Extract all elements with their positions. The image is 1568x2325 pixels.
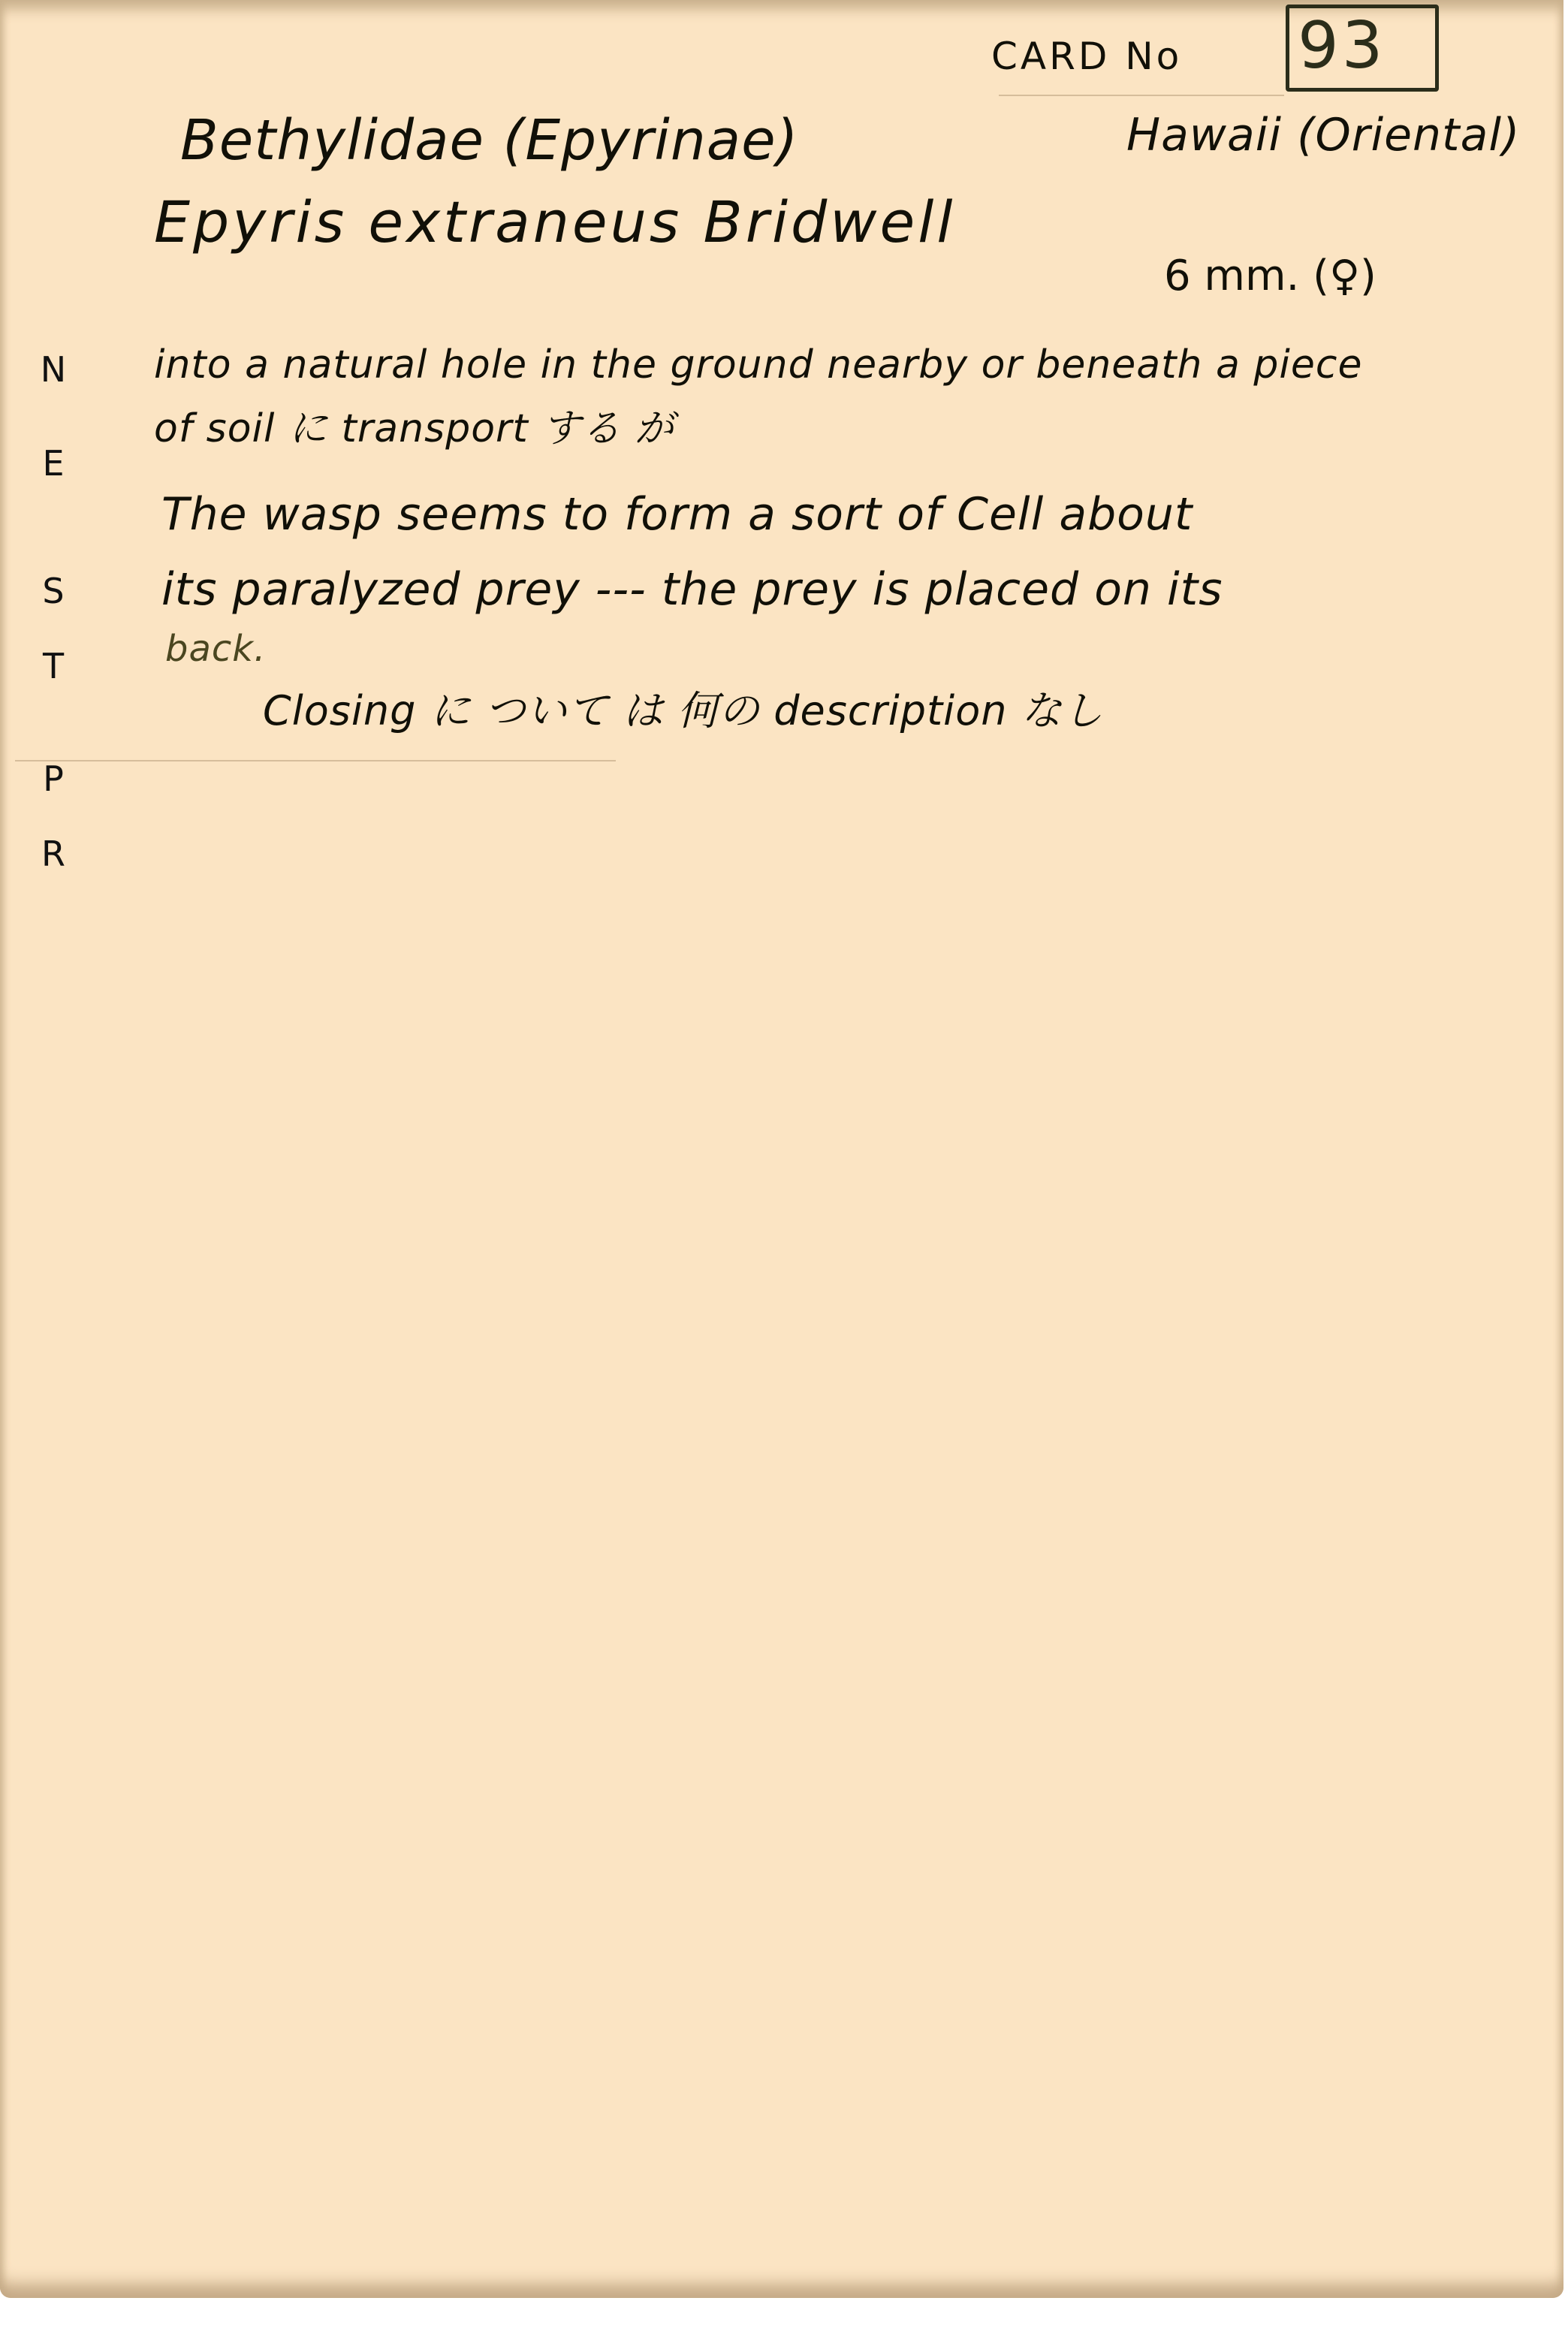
nest-line-4: its paralyzed prey --- the prey is place… <box>161 567 1223 612</box>
card-no-value: 93 <box>1298 14 1386 78</box>
nest-line-3: The wasp seems to form a sort of Cell ab… <box>161 492 1193 537</box>
nest-line-2: of soil に transport する が <box>154 409 674 448</box>
nest-line-5: back. <box>165 631 266 667</box>
nest-line-1: into a natural hole in the ground nearby… <box>154 345 1362 384</box>
side-label-nest-s: S <box>35 571 72 611</box>
region: Hawaii (Oriental) <box>1126 113 1520 158</box>
species-name: Epyris extraneus Bridwell <box>154 194 955 251</box>
nest-line-6: Closing に ついて は 何の description なし <box>263 691 1104 731</box>
side-label-nest-t: T <box>35 646 72 686</box>
specimen-size: 6 mm. (♀) <box>1164 255 1377 297</box>
card-no-label: CARD No <box>991 38 1182 75</box>
side-label-prey-p: P <box>35 758 72 799</box>
index-card: CARD No 93 Bethylidae (Epyrinae) Hawaii … <box>0 0 1563 2298</box>
side-label-prey-r: R <box>35 834 72 874</box>
side-label-nest-n: N <box>35 349 72 390</box>
section-rule-nest <box>15 760 616 761</box>
family-name: Bethylidae (Epyrinae) <box>180 113 799 168</box>
header-rule <box>999 95 1284 96</box>
side-label-nest-e: E <box>35 443 72 484</box>
